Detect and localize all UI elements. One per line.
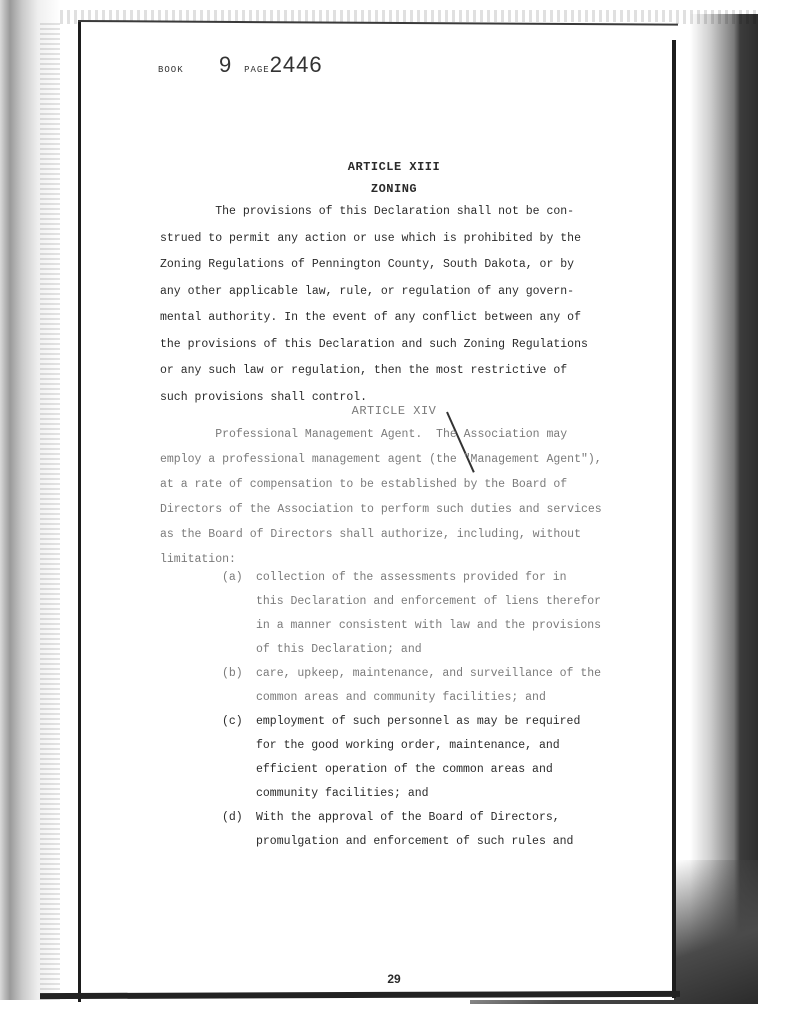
text-line: this Declaration and enforcement of lien… [256,590,622,614]
text-line: employ a professional management agent (… [160,447,610,472]
page-number: 29 [0,972,788,986]
article-xiii-body: The provisions of this Declaration shall… [160,199,610,411]
article-xiii-title: ARTICLE XIII [0,160,788,174]
text-line: Professional Management Agent. The Assoc… [160,422,610,447]
book-label: BOOK [158,65,184,75]
recording-reference: BOOK 9 PAGE2446 [158,52,323,78]
text-line: The provisions of this Declaration shall… [160,199,610,226]
text-line: any other applicable law, rule, or regul… [160,279,610,306]
list-item: (d) With the approval of the Board of Di… [222,806,622,854]
text-line: for the good working order, maintenance,… [256,734,622,758]
list-marker: (a) [222,566,243,590]
article-xiv-body: Professional Management Agent. The Assoc… [160,422,610,572]
list-item: (c) employment of such personnel as may … [222,710,622,806]
text-line: Zoning Regulations of Pennington County,… [160,252,610,279]
text-line: collection of the assessments provided f… [256,566,622,590]
text-line: mental authority. In the event of any co… [160,305,610,332]
text-line: as the Board of Directors shall authoriz… [160,522,610,547]
duties-list: (a) collection of the assessments provid… [222,566,622,854]
list-marker: (b) [222,662,243,686]
text-line: at a rate of compensation to be establis… [160,472,610,497]
list-marker: (d) [222,806,243,830]
text-line: in a manner consistent with law and the … [256,614,622,638]
text-line: efficient operation of the common areas … [256,758,622,782]
page-reference-number: 2446 [270,52,323,77]
text-line: of this Declaration; and [256,638,622,662]
list-marker: (c) [222,710,243,734]
list-item: (a) collection of the assessments provid… [222,566,622,662]
text-line: care, upkeep, maintenance, and surveilla… [256,662,622,686]
text-line: promulgation and enforcement of such rul… [256,830,622,854]
article-xiv-title: ARTICLE XIV [0,404,788,418]
text-line: employment of such personnel as may be r… [256,710,622,734]
text-line: Directors of the Association to perform … [160,497,610,522]
page-label: PAGE [244,65,270,75]
book-number: 9 [219,52,232,77]
article-xiii-subtitle: ZONING [0,182,788,196]
text-line: or any such law or regulation, then the … [160,358,610,385]
text-line: strued to permit any action or use which… [160,226,610,253]
list-item: (b) care, upkeep, maintenance, and surve… [222,662,622,710]
text-line: common areas and community facilities; a… [256,686,622,710]
text-line: With the approval of the Board of Direct… [256,806,622,830]
text-line: the provisions of this Declaration and s… [160,332,610,359]
text-line: community facilities; and [256,782,622,806]
